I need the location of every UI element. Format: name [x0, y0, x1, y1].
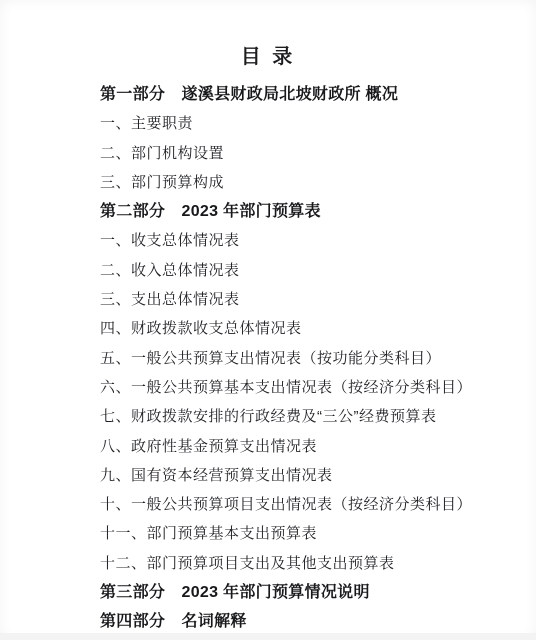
toc-page: 目 录 第一部分 遂溪县财政局北坡财政所 概况一、主要职责二、部门机构设置三、部…	[0, 0, 536, 640]
toc-item: 九、国有资本经营预算支出情况表	[100, 461, 536, 490]
toc-item: 六、一般公共预算基本支出情况表（按经济分类科目）	[100, 373, 536, 402]
toc-item: 十一、部门预算基本支出预算表	[100, 519, 536, 548]
toc-item: 一、主要职责	[100, 109, 536, 138]
toc-section-heading: 第三部分 2023 年部门预算情况说明	[100, 578, 536, 607]
toc-item: 三、支出总体情况表	[100, 285, 536, 314]
toc-section-heading: 第二部分 2023 年部门预算表	[100, 197, 536, 226]
toc-item: 三、部门预算构成	[100, 168, 536, 197]
page-title: 目 录	[0, 44, 536, 71]
toc-item: 二、收入总体情况表	[100, 256, 536, 285]
toc-item: 八、政府性基金预算支出情况表	[100, 432, 536, 461]
page-edge	[0, 633, 536, 640]
toc-list: 第一部分 遂溪县财政局北坡财政所 概况一、主要职责二、部门机构设置三、部门预算构…	[0, 80, 536, 637]
toc-item: 十二、部门预算项目支出及其他支出预算表	[100, 549, 536, 578]
toc-item: 四、财政拨款收支总体情况表	[100, 314, 536, 343]
toc-item: 五、一般公共预算支出情况表（按功能分类科目）	[100, 344, 536, 373]
toc-section-heading: 第一部分 遂溪县财政局北坡财政所 概况	[100, 80, 536, 109]
toc-item: 二、部门机构设置	[100, 139, 536, 168]
toc-item: 十、一般公共预算项目支出情况表（按经济分类科目）	[100, 490, 536, 519]
toc-item: 一、收支总体情况表	[100, 226, 536, 255]
toc-item: 七、财政拨款安排的行政经费及“三公”经费预算表	[100, 402, 536, 431]
